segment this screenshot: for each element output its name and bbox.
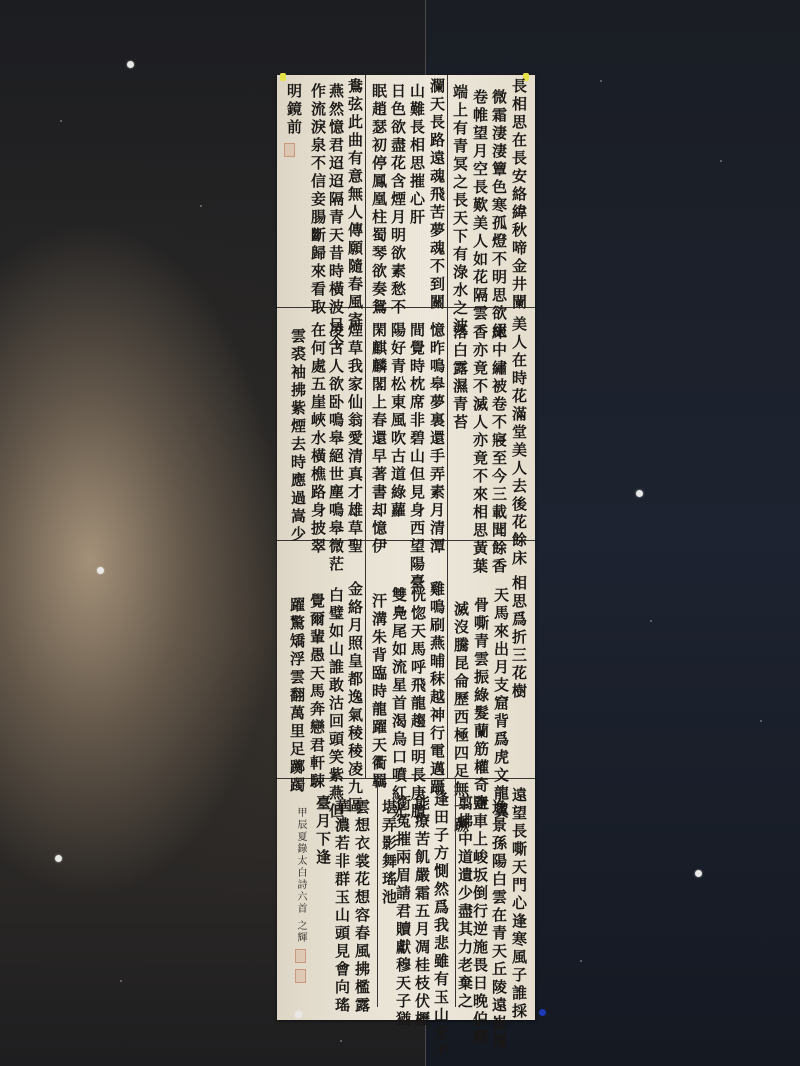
text-column: 逸景孫陽白雲在青天丘陵遠崔嵬 bbox=[491, 799, 506, 1051]
column-divider bbox=[447, 308, 448, 540]
column-divider bbox=[377, 779, 378, 1007]
text-column: 香亦竟不滅人亦竟不來相思黃葉 bbox=[472, 324, 487, 576]
text-column: 遠望長嘶天門心逢寒風子誰採 bbox=[511, 787, 526, 1021]
text-column: 雲裘袖拂紫煙去時應過嵩少 bbox=[290, 328, 305, 544]
text-column: 在何處五崖峽水橫樵路身披翠 bbox=[310, 322, 325, 556]
pushpin bbox=[695, 870, 702, 877]
text-column: 眠趙瑟初停鳳凰柱蜀琴欲奏鴛 bbox=[371, 83, 386, 317]
text-column: 躍驚矯浮雲翻萬里足躑躅 bbox=[289, 597, 304, 795]
scroll-panel-4: 遠望長嘶天門心逢寒風子誰採 逸景孫陽白雲在青天丘陵遠崔嵬 鹽車上峻坂倒行逆施畏日… bbox=[277, 779, 535, 1020]
wall-speck bbox=[600, 80, 602, 82]
pushpin bbox=[55, 855, 62, 862]
calligraphy-scroll: 長相思在長安絡緯秋啼金井闌 微霜淒淒簟色寒孤燈不明思欲絕 卷帷望月空長歎美人如花… bbox=[277, 75, 535, 1020]
wall-speck bbox=[760, 720, 762, 722]
wall-speck bbox=[120, 980, 122, 982]
text-column: 煙草我家仙翁愛清真才雄草聖 bbox=[347, 322, 362, 556]
text-column: 覺爾輩愚天馬奔戀君軒駷 bbox=[309, 593, 324, 791]
text-column: 臺月下逢 bbox=[315, 795, 330, 867]
signature-inscription: 甲辰夏錄太白詩六首 之輝 bbox=[293, 807, 308, 944]
text-column: 山難長相思摧心肝 bbox=[409, 83, 424, 227]
text-column: 作流淚泉不信妾腸斷歸來看取 bbox=[310, 83, 325, 317]
text-column: 鴦弦此曲有意無人傳願隨春風寄 bbox=[347, 78, 362, 330]
wall-speck bbox=[650, 620, 652, 622]
text-column: 相思爲折三花樹 bbox=[511, 575, 526, 701]
text-column: 床中繡被卷不寢至今三載聞餘香 bbox=[491, 324, 506, 576]
text-column: 落白露濕青苔 bbox=[452, 324, 467, 432]
red-seal-stamp bbox=[295, 949, 306, 963]
text-column: 華濃若非群玉山頭見會向瑤 bbox=[334, 799, 349, 1015]
text-column: 瀾天長路遠魂飛苦夢魂不到關 bbox=[429, 78, 444, 312]
wall-speck bbox=[720, 160, 722, 162]
scroll-panel-2: 美人在時花滿堂美人去後花餘床 床中繡被卷不寢至今三載聞餘香 香亦竟不滅人亦竟不來… bbox=[277, 308, 535, 541]
column-divider bbox=[365, 75, 366, 307]
text-column: 雲想衣裳花想容春風拂檻露 bbox=[354, 799, 369, 1015]
wall-speck bbox=[60, 120, 62, 122]
red-seal-stamp bbox=[295, 969, 306, 983]
text-column: 凌古人欲卧鳴皋絕世塵鳴皋微茫 bbox=[328, 322, 343, 574]
red-seal-stamp bbox=[284, 143, 295, 157]
column-divider bbox=[365, 541, 366, 778]
text-column: 汗溝朱背臨時龍躍天衢羈 bbox=[371, 593, 386, 791]
column-divider bbox=[365, 308, 366, 540]
text-column: 日色欲盡花含煙月明欲素愁不 bbox=[390, 83, 405, 317]
scroll-panel-1: 長相思在長安絡緯秋啼金井闌 微霜淒淒簟色寒孤燈不明思欲絕 卷帷望月空長歎美人如花… bbox=[277, 75, 535, 308]
column-divider bbox=[447, 541, 448, 778]
column-divider bbox=[447, 75, 448, 307]
text-column: 翦拂中道遺少盡其力老棄之 bbox=[457, 795, 472, 1011]
text-column: 端上有青冥之長天下有淥水之波 bbox=[452, 84, 467, 336]
text-column: 長相思在長安絡緯秋啼金井闌 bbox=[511, 78, 526, 312]
text-column: 能療苦飢嚴霜五月凋桂枝伏櫪 bbox=[414, 795, 429, 1029]
text-column: 堪弄影舞瑤池 bbox=[381, 799, 396, 907]
text-column: 憶昨鳴皋夢裏還手弄素月清潭 bbox=[429, 322, 444, 556]
pushpin bbox=[295, 1011, 302, 1018]
text-column: 美人在時花滿堂美人去後花餘床 bbox=[511, 316, 526, 568]
scroll-panel-3: 相思爲折三花樹 天馬來出月支窟背爲虎文龍翼 骨嘶青雲振綠髮蘭筋權奇走 滅沒騰昆侖… bbox=[277, 541, 535, 779]
wall-speck bbox=[580, 960, 582, 962]
wall-speck bbox=[340, 1040, 342, 1042]
text-column: 逢田子方惻然爲我悲雖有玉山禾不 bbox=[433, 791, 448, 1061]
wall-speck bbox=[200, 205, 202, 207]
pushpin bbox=[97, 567, 104, 574]
text-column: 陽好青松東風吹古道綠蘿 bbox=[390, 322, 405, 520]
text-column: 雞鳴刷燕晡秣越神行電邁躡 bbox=[429, 581, 444, 797]
text-column: 閑麒麟閣上春還早著書却憶伊 bbox=[371, 322, 386, 556]
pushpin bbox=[127, 61, 134, 68]
text-column: 微霜淒淒簟色寒孤燈不明思欲絕 bbox=[491, 89, 506, 341]
text-column: 明鏡前 bbox=[286, 83, 301, 137]
blue-pushpin bbox=[539, 1009, 546, 1016]
pushpin bbox=[636, 490, 643, 497]
text-column: 卷帷望月空長歎美人如花隔雲 bbox=[472, 89, 487, 323]
text-column: 鹽車上峻坂倒行逆施畏日晚伯樂 bbox=[472, 795, 487, 1047]
